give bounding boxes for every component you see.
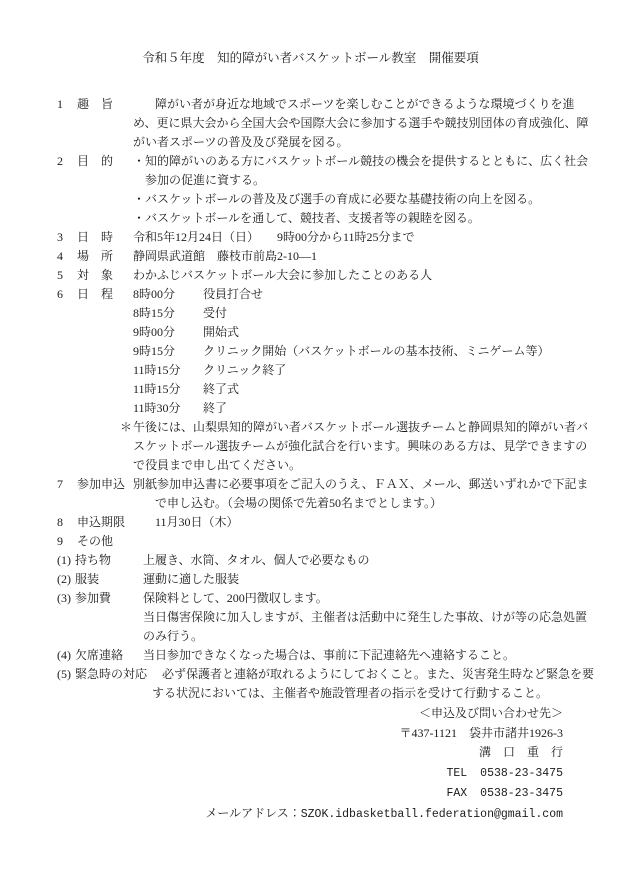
schedule-time: 11時15分: [133, 361, 203, 380]
section-number: 3: [57, 228, 77, 247]
email-label: メールアドレス：: [205, 806, 300, 820]
schedule-event: 終了式: [203, 380, 598, 399]
schedule-event: クリニック開始（バスケットボールの基本技術、ミニゲーム等）: [203, 342, 598, 361]
section-number: 2: [57, 152, 77, 171]
subitem-text: 上履き、水筒、タオル、個人で必要なもの: [143, 551, 598, 570]
contact-person-name: 溝 口 重 行: [57, 743, 563, 763]
schedule-row: 11時15分 終了式: [133, 380, 598, 399]
section-number: 4: [57, 247, 77, 266]
other-item-absence: (4) 欠席連絡 当日参加できなくなった場合は、事前に下記連絡先へ連絡すること。: [57, 646, 598, 665]
subitem-label: 服装: [75, 570, 143, 589]
subitem-number: (4): [57, 646, 75, 665]
section-number: 1: [57, 95, 77, 114]
section-deadline: 8 申込期限 11月30日（木）: [57, 513, 598, 532]
section-number: 7: [57, 475, 77, 494]
schedule-time: 8時15分: [133, 304, 203, 323]
section-label: その他: [77, 532, 133, 551]
schedule-time: 9時15分: [133, 342, 203, 361]
schedule-row: 8時00分 役員打合せ: [133, 285, 598, 304]
fax-label: FAX: [446, 787, 467, 800]
section-purpose: 1 趣 旨 障がい者が身近な地域でスポーツを楽しむことができるような環境づくりを…: [57, 95, 598, 152]
subitem-number: (5): [57, 667, 71, 681]
subitem-number: (3): [57, 589, 75, 608]
objective-bullet: ・知的障がいのある方にバスケットボール競技の機会を提供するとともに、広く社会参加…: [133, 152, 598, 190]
section-label: 日 程: [77, 285, 133, 304]
subitem-label: 欠席連絡: [75, 646, 143, 665]
section-number: 9: [57, 532, 77, 551]
subitem-text: 必ず保護者と連絡が取れるようにしておくこと。また、災害発生時など緊急を要する状況…: [152, 667, 594, 700]
document-title: 令和５年度 知的障がい者バスケットボール教室 開催要項: [23, 49, 598, 68]
section-text: 11月30日（木）: [133, 513, 598, 532]
section-number: 5: [57, 266, 77, 285]
other-item-belongings: (1) 持ち物 上履き、水筒、タオル、個人で必要なもの: [57, 551, 598, 570]
schedule-row: 11時30分 終了: [133, 399, 598, 418]
section-datetime: 3 日 時 令和5年12月24日（日） 9時00分から11時25分まで: [57, 228, 598, 247]
section-application: 7 参加申込 別紙参加申込書に必要事項をご記入のうえ、ＦＡＸ、メール、郵送いずれ…: [57, 475, 598, 513]
schedule-time: 11時30分: [133, 399, 203, 418]
section-schedule: 6 日 程 8時00分 役員打合せ 8時15分 受付 9時00分 開始式 9時1…: [57, 285, 598, 475]
section-text: ・知的障がいのある方にバスケットボール競技の機会を提供するとともに、広く社会参加…: [133, 152, 598, 228]
subitem-label: 持ち物: [75, 551, 143, 570]
afternoon-note-text: 午後には、山梨県知的障がい者バスケットボール選抜チームと静岡県知的障がい者バスケ…: [133, 418, 598, 475]
schedule-time: 9時00分: [133, 323, 203, 342]
afternoon-note: ＊ 午後には、山梨県知的障がい者バスケットボール選抜チームと静岡県知的障がい者バ…: [120, 418, 598, 475]
subitem-text: 当日参加できなくなった場合は、事前に下記連絡先へ連絡すること。: [143, 646, 598, 665]
fee-line-2: 当日傷害保険に加入しますが、主催者は活動中に発生した事故、けが等の応急処置のみ行…: [143, 608, 598, 646]
schedule-list: 8時00分 役員打合せ 8時15分 受付 9時00分 開始式 9時15分 クリニ…: [133, 285, 598, 475]
section-text: わかふじバスケットボール大会に参加したことのある人: [133, 266, 598, 285]
section-label: 場 所: [77, 247, 133, 266]
section-venue: 4 場 所 静岡県武道館 藤枝市前島2-10―1: [57, 247, 598, 266]
tel-label: TEL: [446, 767, 467, 780]
subitem-number: (1): [57, 551, 75, 570]
fax-number: 0538-23-3475: [480, 787, 563, 800]
subitem-number: (2): [57, 570, 75, 589]
email-address: SZOK.idbasketball.federation@gmail.com: [301, 808, 563, 821]
other-item-emergency: (5)緊急時の対応必ず保護者と連絡が取れるようにしておくこと。また、災害発生時な…: [57, 665, 598, 703]
schedule-event: クリニック終了: [203, 361, 598, 380]
schedule-event: 受付: [203, 304, 598, 323]
tel-number: 0538-23-3475: [480, 767, 563, 780]
section-label: 申込期限: [77, 513, 133, 532]
schedule-row: 9時15分 クリニック開始（バスケットボールの基本技術、ミニゲーム等）: [133, 342, 598, 361]
section-text: 令和5年12月24日（日） 9時00分から11時25分まで: [133, 228, 598, 247]
section-text: 静岡県武道館 藤枝市前島2-10―1: [133, 247, 598, 266]
schedule-row: 11時15分 クリニック終了: [133, 361, 598, 380]
objective-bullet: ・バスケットボールを通して、競技者、支援者等の親睦を図る。: [133, 209, 598, 228]
asterisk-marker: ＊: [120, 418, 133, 475]
section-label: 日 時: [77, 228, 133, 247]
other-item-fee: (3) 参加費 保険料として、200円徴収します。 当日傷害保険に加入しますが、…: [57, 589, 598, 646]
section-label: 対 象: [77, 266, 133, 285]
contact-tel-line: TEL0538-23-3475: [57, 763, 563, 784]
section-label: 目 的: [77, 152, 133, 171]
contact-heading: ＜申込及び問い合わせ先＞: [57, 704, 563, 724]
section-objective: 2 目 的 ・知的障がいのある方にバスケットボール競技の機会を提供するとともに、…: [57, 152, 598, 228]
section-label: 参加申込: [77, 475, 133, 494]
section-eligibility: 5 対 象 わかふじバスケットボール大会に参加したことのある人: [57, 266, 598, 285]
section-label: 趣 旨: [77, 95, 133, 114]
section-number: 8: [57, 513, 77, 532]
schedule-event: 終了: [203, 399, 598, 418]
fee-line-1: 保険料として、200円徴収します。: [143, 589, 598, 608]
objective-bullet: ・バスケットボールの普及及び選手の育成に必要な基礎技術の向上を図る。: [133, 190, 598, 209]
schedule-row: 9時00分 開始式: [133, 323, 598, 342]
other-item-clothing: (2) 服装 運動に適した服装: [57, 570, 598, 589]
schedule-row: 8時15分 受付: [133, 304, 598, 323]
schedule-time: 8時00分: [133, 285, 203, 304]
section-text: 障がい者が身近な地域でスポーツを楽しむことができるような環境づくりを進め、更に県…: [133, 95, 598, 152]
subitem-text: 運動に適した服装: [143, 570, 598, 589]
contact-fax-line: FAX0538-23-3475: [57, 783, 563, 804]
contact-block: ＜申込及び問い合わせ先＞ 〒437-1121 袋井市諸井1926-3 溝 口 重…: [57, 704, 598, 824]
subitem-label: 参加費: [75, 589, 143, 608]
subitem-text: 保険料として、200円徴収します。 当日傷害保険に加入しますが、主催者は活動中に…: [143, 589, 598, 646]
contact-email-line: メールアドレス：SZOK.idbasketball.federation@gma…: [57, 804, 563, 825]
schedule-time: 11時15分: [133, 380, 203, 399]
subitem-label: 緊急時の対応: [75, 667, 147, 681]
contact-postal-address: 〒437-1121 袋井市諸井1926-3: [57, 724, 563, 744]
section-number: 6: [57, 285, 77, 304]
section-other: 9 その他: [57, 532, 598, 551]
schedule-event: 役員打合せ: [203, 285, 598, 304]
schedule-event: 開始式: [203, 323, 598, 342]
section-text: 別紙参加申込書に必要事項をご記入のうえ、ＦＡＸ、メール、郵送いずれかで下記まで申…: [133, 475, 598, 513]
document-page: 令和５年度 知的障がい者バスケットボール教室 開催要項 1 趣 旨 障がい者が身…: [0, 0, 620, 877]
